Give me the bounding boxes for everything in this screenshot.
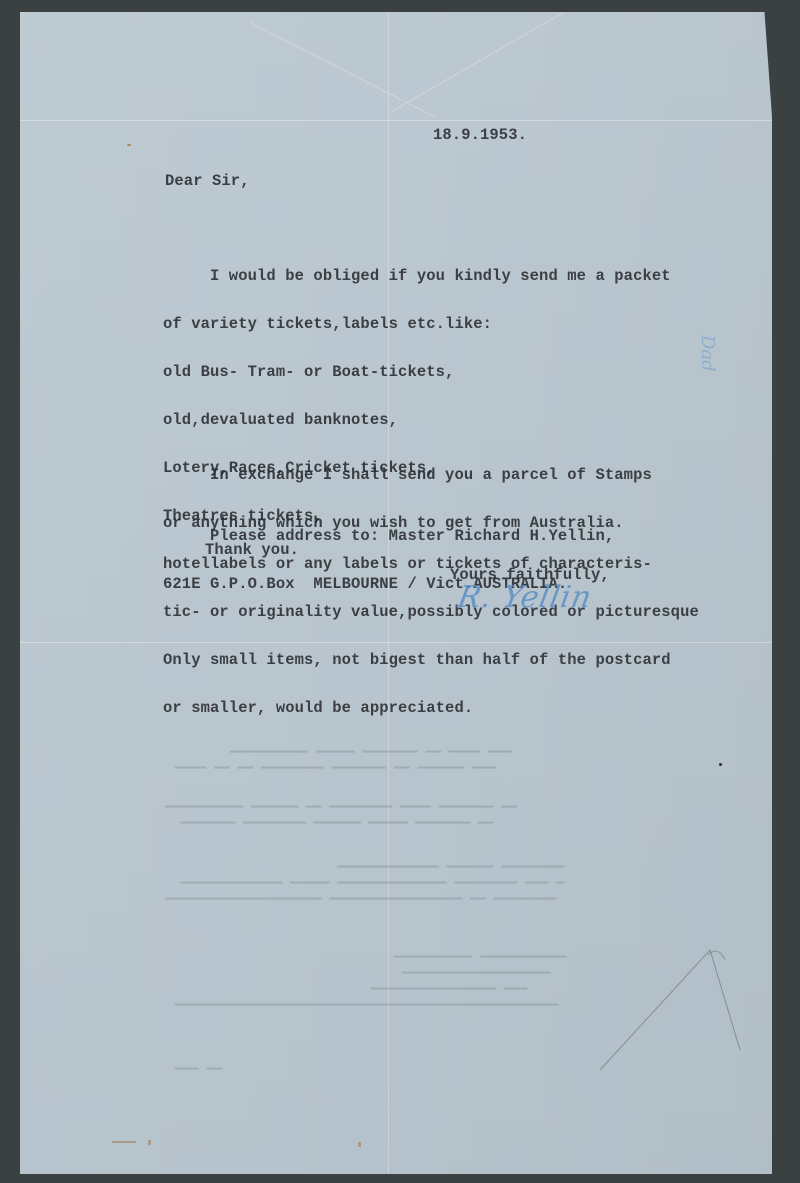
salutation: Dear Sir, [165,173,250,189]
ink-dot [719,763,722,766]
paper-stain [358,1142,361,1147]
text-line: of variety tickets,labels etc.like: [163,316,699,332]
paper-stain [112,1141,136,1143]
show-through-text: ━━━ ━━━━ ━━ ━━━━━━━ ━━━━━ ━━━━━━━━━━ ━━━… [175,745,511,777]
text-line: old,devaluated banknotes, [163,412,699,428]
show-through-text: ━━━━━━━━━━━ ━━━━━━━━━━ ━━━━━━━━━━━━━━━━━… [175,950,566,1014]
show-through-text: ━━━━━━━━ ━━━━━━ ━━━━━━━━━━━━━ ━ ━━━ ━━━━… [165,860,564,908]
pencil-mark [590,930,750,1080]
show-through-text: ━━ ━━━━━━━ ━━━━ ━━━━━━━━ ━━ ━━━━━━ ━━━━━… [165,800,517,832]
paper-stain [148,1140,151,1145]
letter-date: 18.9.1953. [433,127,527,143]
text-line: In exchange I shall send you a parcel of… [163,467,652,483]
margin-annotation: Dad [697,335,718,372]
show-through-text: ━━ ━━━ [175,1062,222,1078]
thanks-line: Thank you. [205,542,299,558]
text-line: Only small items, not bigest than half o… [163,652,699,668]
fold-crease [20,120,772,121]
fold-crease [390,12,564,113]
handwritten-signature: R. Yellin [455,580,595,615]
ink-dot [127,144,131,146]
text-line: I would be obliged if you kindly send me… [163,268,699,284]
fold-crease [250,22,438,118]
text-line: or smaller, would be appreciated. [163,700,699,716]
text-line: old Bus- Tram- or Boat-tickets, [163,364,699,380]
